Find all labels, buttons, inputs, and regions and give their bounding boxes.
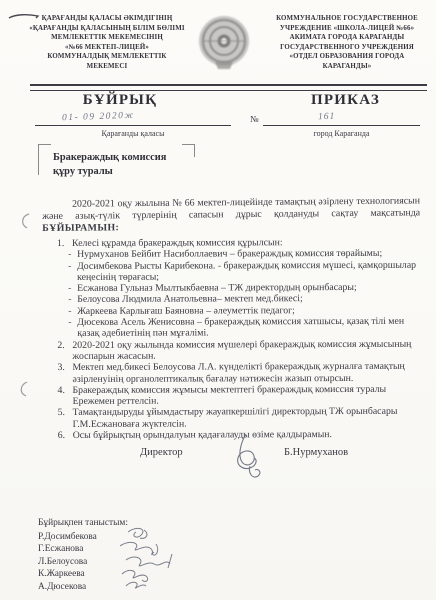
item-marker: 5. bbox=[58, 407, 73, 430]
order-item: 4. Бракераждық комиссия жұмысы мектептег… bbox=[58, 384, 424, 408]
item-marker: - bbox=[68, 261, 77, 284]
number-line bbox=[263, 124, 420, 126]
kazakhstan-emblem-icon bbox=[192, 14, 256, 76]
item-marker: 4. bbox=[58, 385, 73, 408]
handwritten-number: 161 bbox=[318, 112, 336, 123]
date-line bbox=[35, 124, 231, 126]
letterhead: ҚАРАҒАНДЫ ҚАЛАСЫ ӘКІМДІГІНІҢ«ҚАРАҒАНДЫ Қ… bbox=[0, 14, 436, 76]
subject-box: Бракераждық комиссия құру туралы bbox=[38, 144, 195, 186]
item-text: Тамақтандыруды ұйымдастыру жауапкершіліг… bbox=[73, 406, 424, 430]
number-label: № bbox=[250, 114, 259, 124]
item-marker: - bbox=[68, 283, 77, 294]
document-title-kazakh: БҰЙРЫҚ bbox=[55, 92, 185, 109]
director-name: Б.Нурмуханов bbox=[284, 447, 348, 458]
item-text: Досимбекова Рысты Карибекона. - бракераж… bbox=[77, 259, 423, 283]
order-item: - Досимбекова Рысты Карибекона. - бракер… bbox=[57, 259, 423, 283]
item-marker: 6. bbox=[58, 430, 73, 441]
order-items: 1. Келесі құрамда бракераждық комиссия қ… bbox=[57, 237, 424, 442]
item-text: 2020-2021 оқу жылында комиссия мүшелері … bbox=[72, 338, 423, 362]
org-line: «ОТДЕЛ ОБРАЗОВАНИЯ ГОРОДА bbox=[258, 52, 436, 62]
director-role-label: Директор bbox=[140, 447, 183, 458]
org-line: АКИМАТА ГОРОДА КАРАГАНДЫ bbox=[258, 33, 436, 43]
place-russian: город Караганда bbox=[263, 129, 420, 138]
margin-scribble bbox=[16, 380, 30, 398]
org-line: МЕКЕМЕСІ bbox=[22, 62, 192, 72]
order-item: - Дюсекова Асель Женисовна – бракераждық… bbox=[57, 316, 423, 340]
order-item: 3. Мектеп мед.бикесі Белоусова Л.А. күнд… bbox=[57, 361, 423, 385]
acknowledgement-name: Г.Есжанова bbox=[38, 543, 128, 556]
item-marker: 2. bbox=[57, 340, 72, 363]
header-divider bbox=[30, 84, 427, 91]
org-line: ҚАРАҒАНДЫ ҚАЛАСЫ ӘКІМДІГІНІҢ bbox=[22, 14, 192, 24]
item-text: Бракераждық комиссия жұмысы мектептегі б… bbox=[73, 384, 424, 408]
org-name-kazakh: ҚАРАҒАНДЫ ҚАЛАСЫ ӘКІМДІГІНІҢ«ҚАРАҒАНДЫ Қ… bbox=[22, 14, 192, 72]
acknowledgement-name: К.Жаркеева bbox=[38, 568, 128, 581]
acknowledgement-name: Л.Белоусова bbox=[38, 556, 128, 569]
item-marker: - bbox=[68, 306, 77, 317]
org-line: УЧРЕЖДЕНИЕ «ШКОЛА-ЛИЦЕЙ №66» bbox=[258, 24, 436, 34]
subject-line-1: Бракераждық комиссия bbox=[53, 151, 195, 165]
org-line: КОММУНАЛЬНОЕ ГОСУДАРСТВЕННОЕ bbox=[258, 14, 436, 24]
intro-text: 2020-2021 оқу жылына № 66 мектеп-лицейін… bbox=[42, 195, 420, 221]
acknowledgement-title: Бұйрықпен таныстым: bbox=[38, 517, 128, 530]
org-line: КАРАГАНДЫ» bbox=[258, 62, 436, 72]
order-item: 5. Тамақтандыруды ұйымдастыру жауапкерші… bbox=[58, 406, 424, 430]
order-item: 2. 2020-2021 оқу жылында комиссия мүшеле… bbox=[57, 338, 423, 362]
director-signature bbox=[226, 430, 272, 482]
place-kazakh: Қарағанды қаласы bbox=[35, 129, 231, 138]
item-marker: - bbox=[68, 249, 77, 260]
intro-paragraph: 2020-2021 оқу жылына № 66 мектеп-лицейін… bbox=[42, 195, 424, 234]
subject-line-2: құру туралы bbox=[53, 165, 195, 179]
scanned-order-page: ҚАРАҒАНДЫ ҚАЛАСЫ ӘКІМДІГІНІҢ«ҚАРАҒАНДЫ Қ… bbox=[0, 0, 436, 600]
handwritten-date: 01- 09 2020ж bbox=[62, 111, 135, 124]
org-line: «№66 МЕКТЕП-ЛИЦЕЙ» bbox=[22, 43, 192, 53]
item-marker: 1. bbox=[57, 238, 72, 249]
acknowledgement-names: Р.ДосимбековаГ.ЕсжановаЛ.БелоусоваК.Жарк… bbox=[38, 531, 128, 594]
acknowledgement-name: Р.Досимбекова bbox=[38, 531, 128, 544]
item-text: Мектеп мед.бикесі Белоусова Л.А. күнделі… bbox=[72, 361, 423, 385]
org-line: МЕМЛЕКЕТТІК МЕКЕМЕСІНІҢ bbox=[22, 33, 192, 43]
document-title-russian: ПРИКАЗ bbox=[288, 92, 403, 109]
margin-scribble bbox=[18, 212, 32, 230]
acknowledgement-name: А.Дюсекова bbox=[38, 581, 128, 594]
item-marker: - bbox=[68, 317, 77, 340]
org-line: КОММУНАЛДЫҚ МЕМЛЕКЕТТІК bbox=[22, 52, 192, 62]
item-text: Дюсекова Асель Женисовна – бракераждық к… bbox=[77, 316, 423, 340]
org-line: ГОСУДАРСТВЕННОГО УЧРЕЖДЕНИЯ bbox=[258, 43, 436, 53]
org-line: «ҚАРАҒАНДЫ ҚАЛАСЫНЫҢ БІЛІМ БӨЛІМІ bbox=[22, 24, 192, 34]
item-marker: - bbox=[68, 294, 77, 305]
item-marker: 3. bbox=[57, 362, 72, 385]
command-word: БҰЙЫРАМЫН: bbox=[42, 222, 119, 234]
acknowledgement-block: Бұйрықпен таныстым: Р.ДосимбековаГ.Есжан… bbox=[38, 517, 128, 594]
org-name-russian: КОММУНАЛЬНОЕ ГОСУДАРСТВЕННОЕУЧРЕЖДЕНИЕ «… bbox=[258, 14, 436, 72]
